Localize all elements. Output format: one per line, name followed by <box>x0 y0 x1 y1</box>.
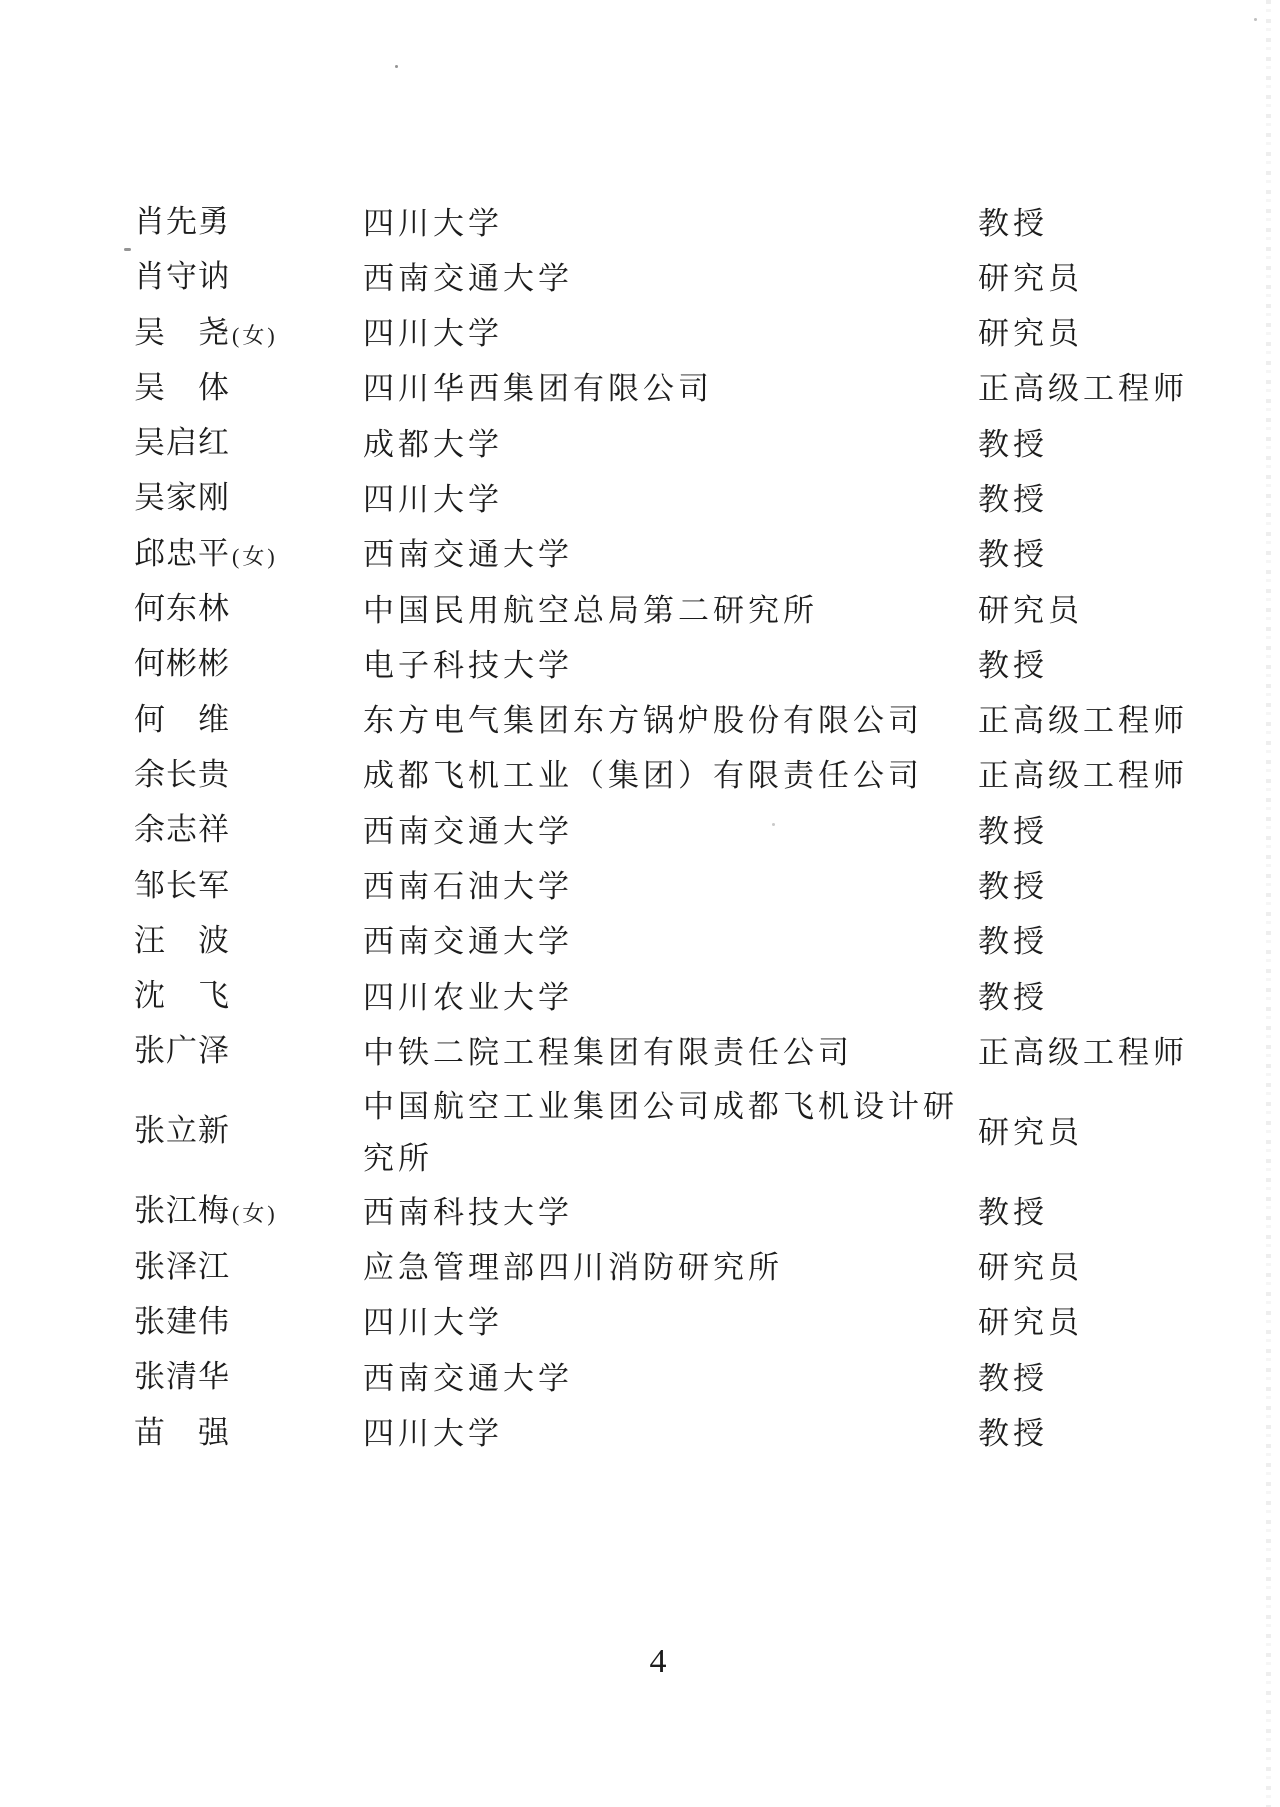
table-row: 张立新 中国航空工业集团公司成都飞机设计研究所 研究员 <box>134 1081 1204 1186</box>
gender-suffix: (女) <box>230 544 278 569</box>
person-name: 苗 强 <box>134 1415 230 1450</box>
organization-cell: 西南交通大学 <box>363 916 978 968</box>
scan-speck <box>1254 18 1257 21</box>
person-name: 邹长军 <box>134 868 230 903</box>
gender-suffix <box>230 876 232 901</box>
person-name: 肖守讷 <box>134 259 230 294</box>
person-name: 吴家刚 <box>134 480 230 515</box>
professional-title-cell: 教授 <box>978 916 1204 968</box>
person-name-cell: 汪 波 <box>134 915 363 970</box>
person-name-cell: 何东林 <box>134 583 363 638</box>
person-name: 汪 波 <box>134 923 230 958</box>
table-row: 余长贵 成都飞机工业（集团）有限责任公司 正高级工程师 <box>134 749 1204 804</box>
organization-cell: 四川大学 <box>363 198 978 250</box>
person-name: 何东林 <box>134 591 230 626</box>
table-row: 吴启红 成都大学 教授 <box>134 417 1204 472</box>
table-row: 吴 体 四川华西集团有限公司 正高级工程师 <box>134 362 1204 417</box>
organization-cell: 西南交通大学 <box>363 806 978 858</box>
table-row: 吴 尧(女) 四川大学 研究员 <box>134 307 1204 362</box>
organization-cell: 四川华西集团有限公司 <box>363 363 978 415</box>
person-name: 张建伟 <box>134 1304 230 1339</box>
organization-cell: 西南交通大学 <box>363 253 978 305</box>
gender-suffix <box>230 1367 232 1392</box>
organization-cell: 西南石油大学 <box>363 861 978 913</box>
person-name-cell: 邹长军 <box>134 860 363 915</box>
table-row: 汪 波 西南交通大学 教授 <box>134 915 1204 970</box>
organization-cell: 四川大学 <box>363 1408 978 1460</box>
gender-suffix: (女) <box>230 1201 278 1226</box>
professional-title-cell: 教授 <box>978 806 1204 858</box>
gender-suffix <box>230 1041 232 1066</box>
professional-title-cell: 教授 <box>978 419 1204 471</box>
person-name: 张广泽 <box>134 1033 230 1068</box>
gender-suffix <box>230 599 232 624</box>
professional-title-cell: 研究员 <box>978 308 1204 360</box>
person-name-cell: 吴 体 <box>134 362 363 417</box>
document-page: 肖先勇 四川大学 教授 肖守讷 西南交通大学 研究员 吴 尧(女) 四川大学 研… <box>0 0 1280 1807</box>
professional-title-cell: 研究员 <box>978 585 1204 637</box>
professional-title-cell: 教授 <box>978 1187 1204 1239</box>
organization-cell: 四川大学 <box>363 474 978 526</box>
professional-title-cell: 教授 <box>978 861 1204 913</box>
organization-cell: 中国民用航空总局第二研究所 <box>363 585 978 637</box>
scan-speck <box>772 823 775 826</box>
gender-suffix <box>230 1257 232 1282</box>
professional-title-cell: 正高级工程师 <box>978 1027 1204 1079</box>
person-name: 余长贵 <box>134 757 230 792</box>
gender-suffix <box>230 1423 232 1448</box>
professional-title-cell: 教授 <box>978 198 1204 250</box>
professional-title-cell: 教授 <box>978 529 1204 581</box>
professional-title-cell: 教授 <box>978 640 1204 692</box>
professional-title-cell: 研究员 <box>978 1242 1204 1294</box>
person-name-cell: 何彬彬 <box>134 638 363 693</box>
person-name: 张泽江 <box>134 1249 230 1284</box>
organization-cell: 四川大学 <box>363 1297 978 1349</box>
organization-cell: 电子科技大学 <box>363 640 978 692</box>
gender-suffix <box>230 820 232 845</box>
professional-title-cell: 正高级工程师 <box>978 363 1204 415</box>
professional-title-cell: 教授 <box>978 1408 1204 1460</box>
gender-suffix <box>230 1121 232 1146</box>
table-row: 张泽江 应急管理部四川消防研究所 研究员 <box>134 1241 1204 1296</box>
table-row: 何 维 东方电气集团东方锅炉股份有限公司 正高级工程师 <box>134 694 1204 749</box>
person-name: 吴启红 <box>134 425 230 460</box>
organization-cell: 四川大学 <box>363 308 978 360</box>
scan-edge-noise <box>1266 0 1271 1807</box>
table-row: 张广泽 中铁二院工程集团有限责任公司 正高级工程师 <box>134 1025 1204 1080</box>
person-name-cell: 邱忠平(女) <box>134 528 363 583</box>
person-name: 肖先勇 <box>134 204 230 239</box>
person-name-cell: 张泽江 <box>134 1241 363 1296</box>
person-name: 何 维 <box>134 702 230 737</box>
table-row: 何彬彬 电子科技大学 教授 <box>134 638 1204 693</box>
person-name-cell: 张建伟 <box>134 1296 363 1351</box>
professional-title-cell: 教授 <box>978 474 1204 526</box>
gender-suffix <box>230 212 232 237</box>
table-row: 邱忠平(女) 西南交通大学 教授 <box>134 528 1204 583</box>
organization-cell: 四川农业大学 <box>363 972 978 1024</box>
gender-suffix <box>230 267 232 292</box>
organization-cell: 中铁二院工程集团有限责任公司 <box>363 1027 978 1079</box>
organization-cell: 西南交通大学 <box>363 1353 978 1405</box>
gender-suffix <box>230 931 232 956</box>
person-name-cell: 吴家刚 <box>134 472 363 527</box>
gender-suffix: (女) <box>230 323 278 348</box>
professional-title-cell: 教授 <box>978 972 1204 1024</box>
professional-title-cell: 教授 <box>978 1353 1204 1405</box>
scan-speck <box>124 248 131 251</box>
table-row: 肖先勇 四川大学 教授 <box>134 196 1204 251</box>
table-row: 张建伟 四川大学 研究员 <box>134 1296 1204 1351</box>
person-name-cell: 张江梅(女) <box>134 1185 363 1240</box>
person-name: 沈 飞 <box>134 978 230 1013</box>
person-name-cell: 何 维 <box>134 694 363 749</box>
person-name-cell: 肖守讷 <box>134 251 363 306</box>
person-name-cell: 苗 强 <box>134 1407 363 1462</box>
organization-cell: 成都飞机工业（集团）有限责任公司 <box>363 750 978 802</box>
gender-suffix <box>230 654 232 679</box>
professional-title-cell: 正高级工程师 <box>978 750 1204 802</box>
gender-suffix <box>230 378 232 403</box>
roster-table: 肖先勇 四川大学 教授 肖守讷 西南交通大学 研究员 吴 尧(女) 四川大学 研… <box>134 196 1204 1462</box>
table-row: 沈 飞 四川农业大学 教授 <box>134 970 1204 1025</box>
table-row: 吴家刚 四川大学 教授 <box>134 472 1204 527</box>
table-row: 苗 强 四川大学 教授 <box>134 1407 1204 1462</box>
person-name-cell: 余志祥 <box>134 804 363 859</box>
person-name-cell: 吴启红 <box>134 417 363 472</box>
gender-suffix <box>230 1312 232 1337</box>
person-name-cell: 肖先勇 <box>134 196 363 251</box>
gender-suffix <box>230 433 232 458</box>
gender-suffix <box>230 488 232 513</box>
person-name: 何彬彬 <box>134 646 230 681</box>
organization-cell: 应急管理部四川消防研究所 <box>363 1242 978 1294</box>
organization-cell: 成都大学 <box>363 419 978 471</box>
person-name: 张清华 <box>134 1359 230 1394</box>
page-number: 4 <box>638 1644 678 1680</box>
professional-title-cell: 研究员 <box>978 253 1204 305</box>
table-row: 肖守讷 西南交通大学 研究员 <box>134 251 1204 306</box>
table-row: 余志祥 西南交通大学 教授 <box>134 804 1204 859</box>
table-row: 张清华 西南交通大学 教授 <box>134 1351 1204 1406</box>
table-row: 邹长军 西南石油大学 教授 <box>134 860 1204 915</box>
person-name-cell: 张广泽 <box>134 1025 363 1080</box>
person-name: 余志祥 <box>134 812 230 847</box>
person-name-cell: 张清华 <box>134 1351 363 1406</box>
table-row: 张江梅(女) 西南科技大学 教授 <box>134 1185 1204 1240</box>
professional-title-cell: 正高级工程师 <box>978 695 1204 747</box>
professional-title-cell: 研究员 <box>978 1297 1204 1349</box>
table-row: 何东林 中国民用航空总局第二研究所 研究员 <box>134 583 1204 638</box>
person-name-cell: 余长贵 <box>134 749 363 804</box>
person-name: 邱忠平 <box>134 536 230 571</box>
gender-suffix <box>230 986 232 1011</box>
person-name-cell: 沈 飞 <box>134 970 363 1025</box>
person-name: 吴 尧 <box>134 315 230 350</box>
person-name-cell: 张立新 <box>134 1105 363 1160</box>
gender-suffix <box>230 765 232 790</box>
person-name: 吴 体 <box>134 370 230 405</box>
organization-cell: 东方电气集团东方锅炉股份有限公司 <box>363 695 978 747</box>
organization-cell: 西南交通大学 <box>363 529 978 581</box>
professional-title-cell: 研究员 <box>978 1107 1204 1159</box>
gender-suffix <box>230 710 232 735</box>
scan-speck <box>395 65 398 68</box>
person-name-cell: 吴 尧(女) <box>134 307 363 362</box>
organization-cell: 西南科技大学 <box>363 1187 978 1239</box>
person-name: 张立新 <box>134 1113 230 1148</box>
organization-cell: 中国航空工业集团公司成都飞机设计研究所 <box>363 1081 978 1186</box>
person-name: 张江梅 <box>134 1193 230 1228</box>
